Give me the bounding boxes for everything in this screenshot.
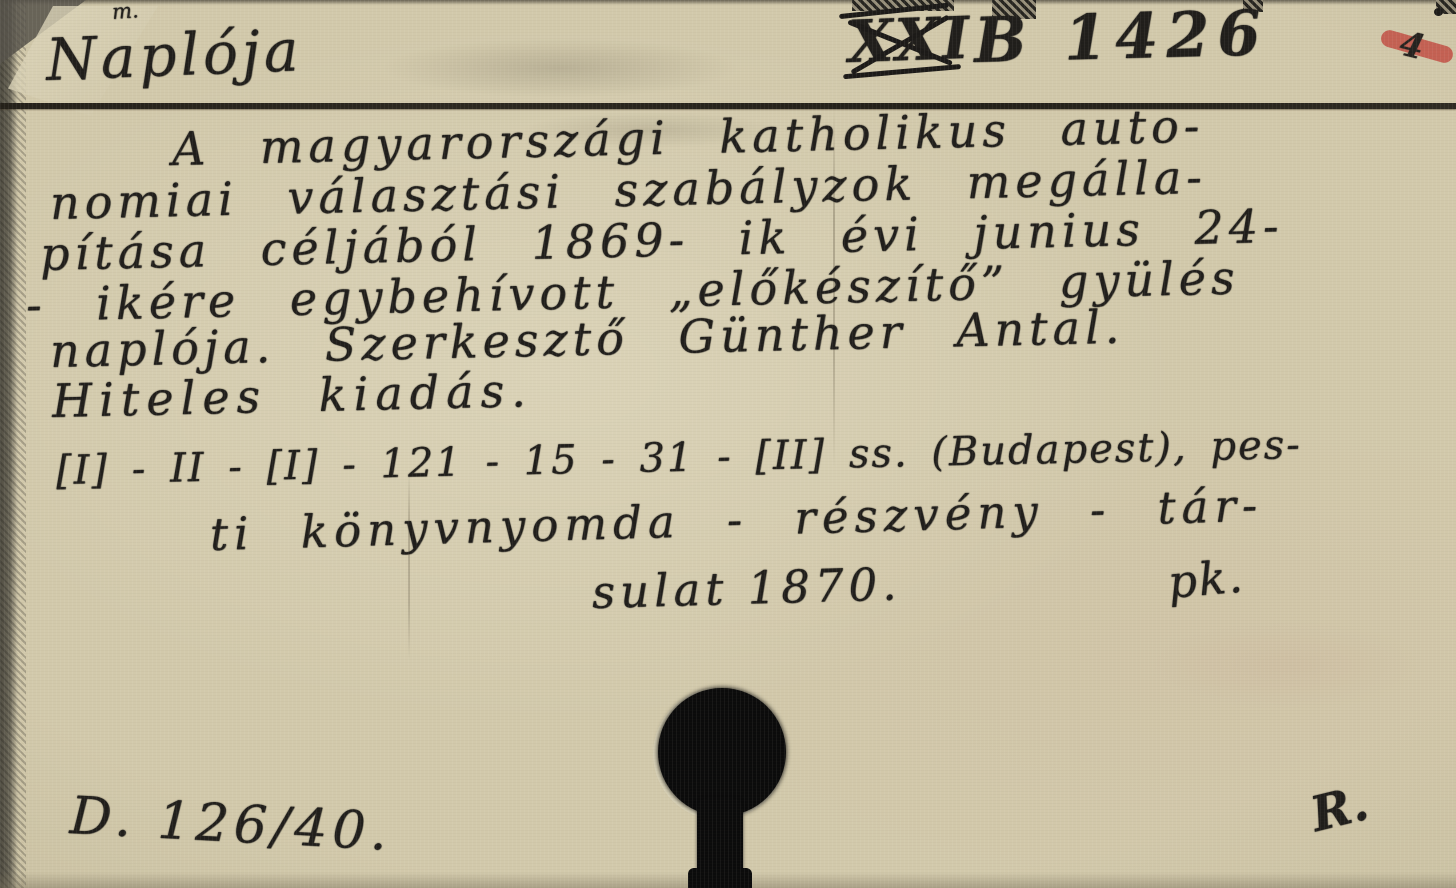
hole-punch-slot-base xyxy=(688,868,752,888)
crossed-out-class-number: XXI xyxy=(847,4,972,76)
ink-dot xyxy=(1434,8,1443,16)
header-divider-line xyxy=(0,103,1456,109)
card-title: Naplója xyxy=(45,16,304,94)
imprint-line: ti könyvnyomda - részvény - tár- xyxy=(209,479,1264,561)
red-mark-digit: 4 xyxy=(1396,24,1429,69)
catalog-card-scan: m. Naplója XXI B 1426 4 A magyarországi … xyxy=(0,0,1456,888)
imprint-line-end: sulat 1870. xyxy=(591,557,902,619)
ink-smudge xyxy=(380,38,740,98)
title-annotation: m. xyxy=(111,0,139,24)
scan-left-edge-halftone xyxy=(0,0,26,888)
paper-crease xyxy=(408,470,410,660)
shelf-number: D. 126/40. xyxy=(68,786,393,863)
hole-punch xyxy=(658,688,786,816)
red-check-mark: 4 xyxy=(1378,20,1456,76)
body-line: Hiteles kiadás. xyxy=(51,363,533,428)
paper-stain xyxy=(1150,620,1430,710)
binding-abbreviation: pk. xyxy=(1166,549,1247,608)
call-number: B 1426 xyxy=(973,0,1269,77)
cataloger-monogram: R. xyxy=(1305,775,1373,843)
